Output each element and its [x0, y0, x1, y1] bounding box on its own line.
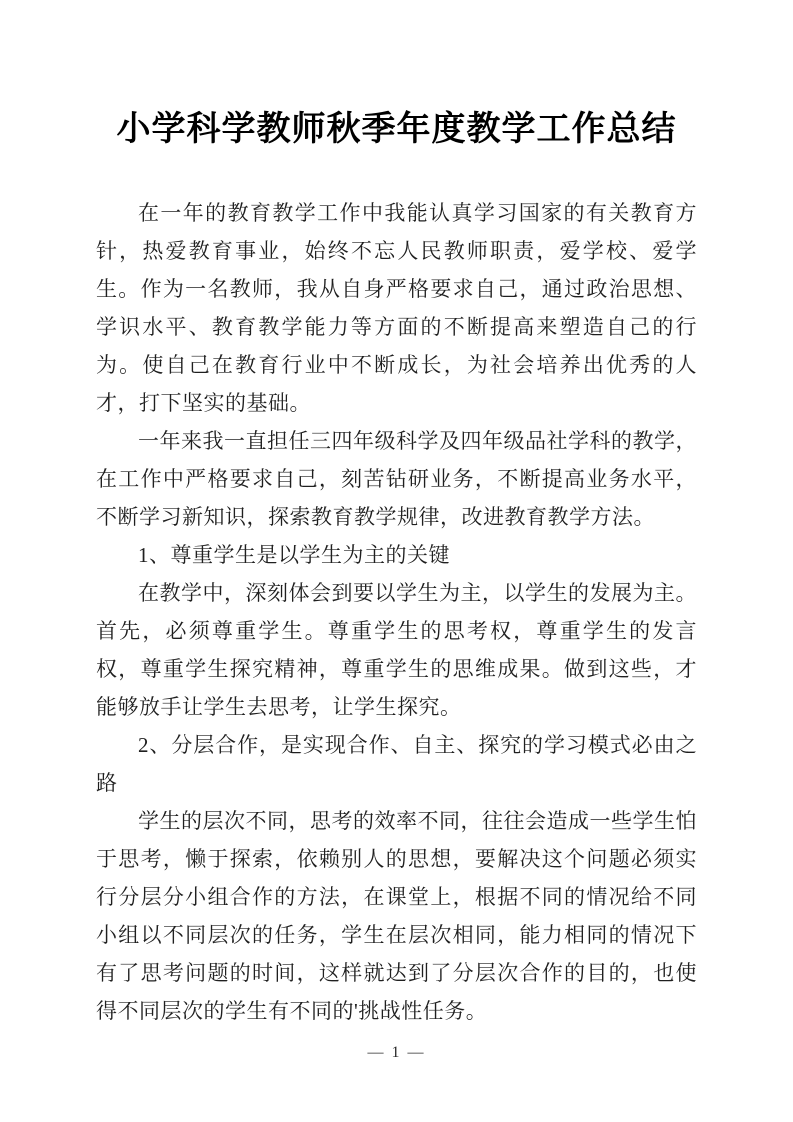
paragraph-respect-students: 在教学中，深刻体会到要以学生为主，以学生的发展为主。首先，必须尊重学生。尊重学生… [96, 574, 697, 726]
section-heading-2: 2、分层合作，是实现合作、自主、探究的学习模式必由之路 [96, 726, 697, 802]
section-heading-1: 1、尊重学生是以学生为主的关键 [96, 536, 697, 574]
page-number: — 1 — [0, 1044, 793, 1062]
document-page: 小学科学教师秋季年度教学工作总结 在一年的教育教学工作中我能认真学习国家的有关教… [0, 0, 793, 1122]
paragraph-intro: 在一年的教育教学工作中我能认真学习国家的有关教育方针，热爱教育事业，始终不忘人民… [96, 194, 697, 422]
document-title: 小学科学教师秋季年度教学工作总结 [0, 0, 793, 152]
paragraph-layered-cooperation: 学生的层次不同，思考的效率不同，往往会造成一些学生怕于思考，懒于探索，依赖别人的… [96, 802, 697, 1030]
document-body: 在一年的教育教学工作中我能认真学习国家的有关教育方针，热爱教育事业，始终不忘人民… [96, 194, 697, 1030]
paragraph-teaching-duties: 一年来我一直担任三四年级科学及四年级品社学科的教学，在工作中严格要求自己，刻苦钻… [96, 422, 697, 536]
